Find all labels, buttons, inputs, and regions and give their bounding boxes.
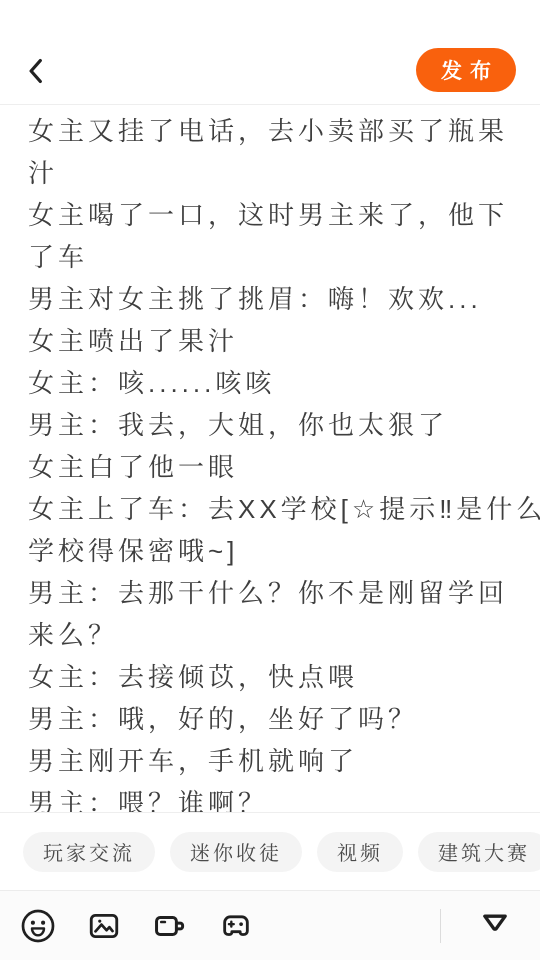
text-line: 女主：去接倾苡，快点喂	[28, 656, 540, 698]
text-line: 男主对女主挑了挑眉：嗨！欢欢...	[28, 278, 540, 320]
text-line: 女主上了车：去XX学校[☆提示‼是什么	[28, 488, 540, 530]
topic-chip[interactable]: 视频	[317, 832, 403, 872]
emoji-button[interactable]	[20, 908, 56, 944]
post-body-editor[interactable]: 女主又挂了电话，去小卖部买了瓶果 汁 女主喝了一口，这时男主来了，他下 了车 男…	[0, 106, 540, 812]
video-icon	[152, 909, 188, 943]
emoji-icon	[20, 908, 56, 944]
text-line: 女主又挂了电话，去小卖部买了瓶果	[28, 110, 540, 152]
text-line: 了车	[28, 236, 540, 278]
header: 发布	[0, 0, 540, 105]
text-line: 女主喝了一口，这时男主来了，他下	[28, 194, 540, 236]
text-line: 男主：我去，大姐，你也太狠了	[28, 404, 540, 446]
publish-button-label: 发布	[433, 55, 499, 85]
image-icon	[87, 909, 121, 943]
topic-chip[interactable]: 建筑大赛	[418, 832, 540, 872]
gamepad-button[interactable]	[218, 908, 254, 944]
text-line: 女主喷出了果汁	[28, 320, 540, 362]
collapse-keyboard-button[interactable]	[477, 911, 513, 941]
text-line: 女主白了他一眼	[28, 446, 540, 488]
text-line: 男主：哦，好的，坐好了吗？	[28, 698, 540, 740]
topic-chip[interactable]: 玩家交流	[23, 832, 155, 872]
text-line: 学校得保密哦~]	[28, 530, 540, 572]
topic-chips-row: 玩家交流 迷你收徒 视频 建筑大赛	[0, 812, 540, 890]
triangle-down-icon	[479, 911, 511, 940]
text-line: 男主刚开车，手机就响了	[28, 740, 540, 782]
text-line: 男主：去那干什么？你不是刚留学回	[28, 572, 540, 614]
text-line: 来么？	[28, 614, 540, 656]
publish-button[interactable]: 发布	[416, 48, 516, 92]
video-button[interactable]	[152, 908, 188, 944]
back-button[interactable]	[16, 52, 56, 92]
text-line: 汁	[28, 152, 540, 194]
chevron-left-icon	[21, 55, 51, 90]
text-line: 女主：咳......咳咳	[28, 362, 540, 404]
text-line: 男主：喂？谁啊？	[28, 782, 540, 812]
image-button[interactable]	[86, 908, 122, 944]
bottom-toolbar	[0, 890, 540, 960]
gamepad-icon	[219, 909, 253, 943]
toolbar-divider	[440, 909, 441, 943]
topic-chip[interactable]: 迷你收徒	[170, 832, 302, 872]
